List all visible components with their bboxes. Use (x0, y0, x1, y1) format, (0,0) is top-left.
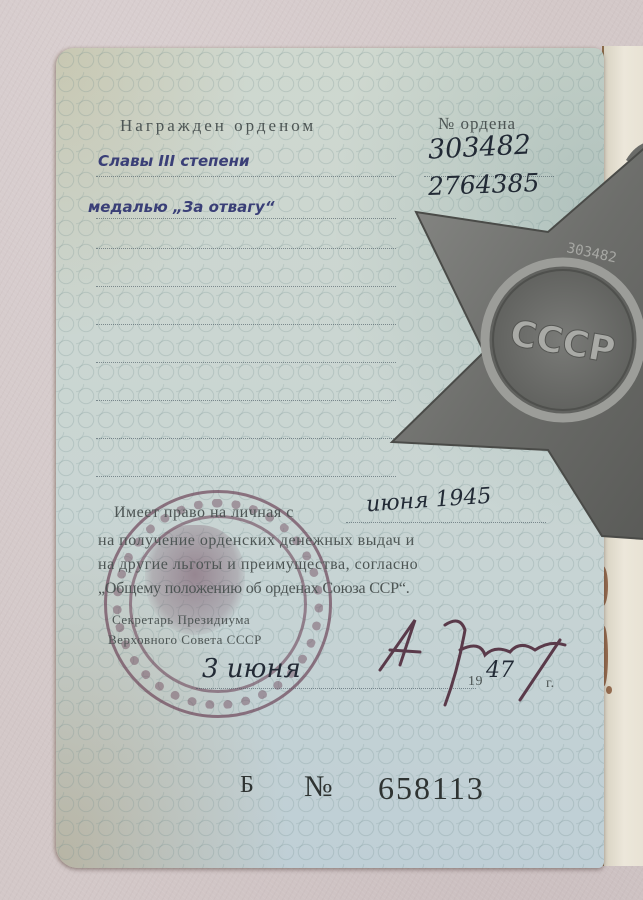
secretary-line-2: Верховного Совета СССР (108, 632, 262, 648)
rights-line-1: Имеет право на личная с (114, 504, 294, 522)
dotted-line (96, 218, 396, 219)
serial-number: 658113 (378, 770, 485, 807)
dotted-line (96, 400, 396, 401)
dotted-line (96, 176, 396, 177)
order-of-glory-medal: 303482 СССР (388, 140, 643, 560)
header-label: Награжден орденом (120, 116, 316, 136)
series-letter: Б (240, 772, 254, 799)
rights-line-3: на другие льготы и преимущества, согласн… (98, 556, 418, 574)
dotted-line (96, 324, 396, 325)
issue-date-handwritten: 3 июня (202, 654, 301, 684)
award-2-name: медалью „За отвагу“ (88, 198, 275, 216)
rust-stain (606, 686, 612, 694)
rights-line-2: на получение орденских денежных выдач и (98, 532, 415, 550)
secretary-signature (360, 610, 580, 710)
rights-line-4: „Общему положению об орденах Союза ССР“. (98, 580, 410, 598)
dotted-line (96, 248, 396, 249)
secretary-line-1: Секретарь Президиума (112, 612, 250, 628)
dotted-line (96, 438, 396, 439)
serial-number-sign: № (304, 770, 333, 804)
dotted-line (96, 476, 396, 477)
dotted-line (96, 362, 396, 363)
award-1-name: Славы III степени (98, 152, 250, 170)
dotted-line (96, 286, 396, 287)
